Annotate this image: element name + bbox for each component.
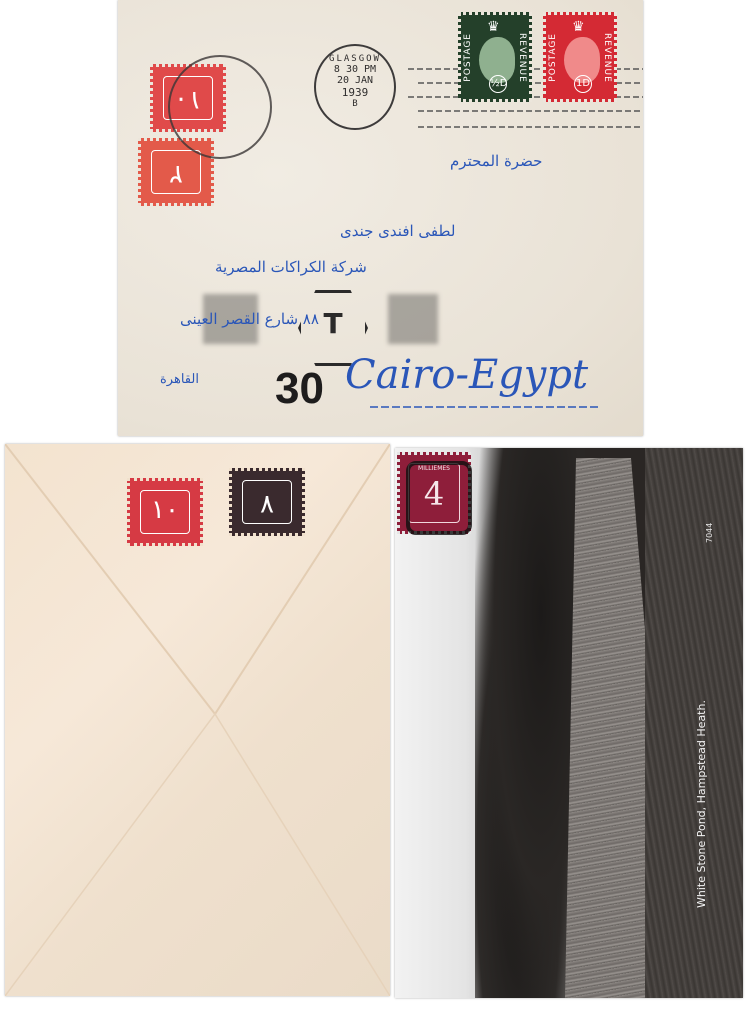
address-line-4: ٨٨ شارع القصر العينى (180, 310, 319, 328)
postmark-time: 8 30 PM (316, 64, 394, 75)
cancel-line (418, 126, 643, 128)
stamp-text: POSTAGE (463, 33, 473, 82)
address-line-3: شركة الكراكات المصرية (215, 258, 367, 276)
stamp-text: POSTAGE (548, 33, 558, 82)
crown-icon: ♛ (487, 19, 500, 35)
stamp-text: REVENUE (602, 33, 612, 83)
stamp-gb-penny: ♛ POSTAGE REVENUE 1D (543, 12, 617, 102)
postmark-date: 20 JAN (316, 75, 394, 86)
underline-flourish (370, 406, 600, 408)
stamp-egypt-due-7-back: ٧ (229, 468, 305, 536)
address-line-1: حضرة المحترم (450, 152, 542, 170)
smudged-handstamp (388, 294, 438, 344)
cancel-mark (406, 461, 472, 535)
address-latin: Cairo-Egypt (345, 352, 588, 398)
postmark-code: B (316, 99, 394, 109)
stamp-value: ١٠ (130, 495, 200, 525)
address-line-2: لطفى افندى جندى (340, 222, 455, 240)
stamp-gb-halfpenny: ♛ POSTAGE REVENUE ½D (458, 12, 532, 102)
stamp-text: REVENUE (517, 33, 527, 83)
stamp-egypt-due-10-back: ١٠ (127, 478, 203, 546)
stamp-value: 1D (574, 75, 592, 93)
postcard-caption: White Stone Pond, Hampstead Heath. (695, 700, 708, 908)
crown-icon: ♛ (572, 19, 585, 35)
postmark-year: 1939 (316, 86, 394, 99)
stamp-value: ٧ (232, 489, 302, 519)
photo-path (645, 448, 743, 998)
postcard-number: 7044 (705, 523, 714, 543)
stamp-value: ٢ (141, 159, 211, 189)
envelope-back: ١٠ ٧ (5, 444, 390, 996)
stamp-egypt-due-4: 4 MILLIEMES (397, 452, 471, 534)
postmark-city: GLASGOW (316, 54, 394, 64)
cancel-line (418, 110, 643, 112)
glasgow-postmark: GLASGOW 8 30 PM 20 JAN 1939 B (314, 44, 396, 130)
address-line-5: القاهرة (160, 372, 199, 387)
cairo-postmark-partial (168, 55, 272, 159)
postcard-hampstead: White Stone Pond, Hampstead Heath. 7044 … (395, 448, 743, 998)
stamp-value: ½D (489, 75, 507, 93)
due-amount: 30 (275, 364, 324, 414)
